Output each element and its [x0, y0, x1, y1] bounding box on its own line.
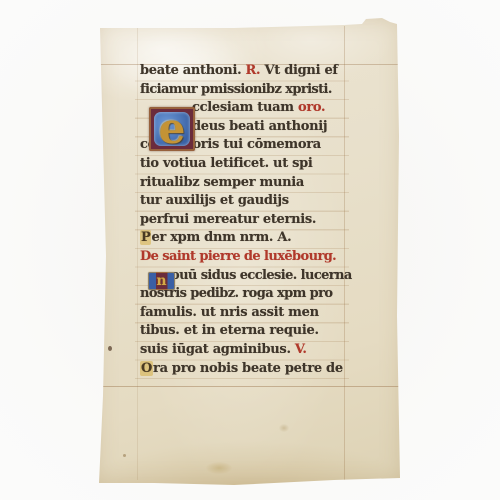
gold-touched-letter: O	[140, 361, 153, 376]
text-segment: er xpm dnm nrm. A.	[151, 230, 291, 245]
text-line: ritualibz semper munia	[140, 174, 350, 193]
rubric-abbreviation: oro.	[298, 100, 325, 115]
text-line: tur auxilijs et gaudijs	[140, 192, 350, 211]
text-segment: ficiamur pmissionibz xpristi.	[140, 82, 332, 97]
illuminated-initial-e: e	[149, 107, 195, 151]
text-segment: cclesiam tuam	[192, 100, 298, 115]
initial-letter: e	[149, 107, 195, 151]
text-line: ficiamur pmissionibz xpristi.	[140, 81, 350, 100]
photo-background: beate anthoni. R. Vt digni ef ficiamur p…	[0, 0, 500, 500]
ruling-line-bottom	[96, 386, 402, 387]
text-segment: ra pro nobis beate petre de	[153, 361, 343, 376]
text-segment: Vt digni ef	[260, 63, 337, 78]
parchment-stain	[206, 462, 232, 474]
text-segment: ritualibz semper munia	[140, 175, 304, 190]
parchment-stain	[279, 424, 289, 432]
text-line: tio votiua letificet. ut spi	[140, 155, 350, 174]
text-segment: perfrui mereatur eternis.	[140, 212, 316, 227]
text-segment: ouū sidus ecclesie. lucerna	[171, 268, 352, 283]
manuscript-leaf: beate anthoni. R. Vt digni ef ficiamur p…	[94, 16, 404, 486]
text-line: famulis. ut nris assit men	[140, 304, 350, 323]
gold-touched-letter: P	[140, 230, 151, 245]
initial-letter: n	[156, 274, 166, 288]
text-segment: tur auxilijs et gaudijs	[140, 193, 289, 208]
text-line: tibus. et in eterna requie.	[140, 322, 350, 341]
versicle-mark: V.	[295, 342, 307, 357]
text-segment: beate anthoni.	[140, 63, 246, 78]
text-segment: famulis. ut nris assit men	[140, 305, 319, 320]
text-line: Ora pro nobis beate petre de	[140, 360, 350, 379]
ink-speck	[108, 346, 112, 351]
text-line: perfrui mereatur eternis.	[140, 211, 350, 230]
rubric-segment: De saint pierre de luxēbourg.	[140, 249, 336, 264]
illuminated-initial-n: n	[148, 272, 175, 290]
text-line: Per xpm dnm nrm. A.	[140, 229, 350, 248]
text-line: beate anthoni. R. Vt digni ef	[140, 62, 350, 81]
text-segment: tibus. et in eterna requie.	[140, 323, 319, 338]
text-segment: tio votiua letificet. ut spi	[140, 156, 313, 171]
rubric-line: De saint pierre de luxēbourg.	[140, 248, 350, 267]
response-mark: R.	[246, 63, 261, 78]
text-line: suis iūgat agminibus. V.	[140, 341, 350, 360]
ruling-line-left-margin	[137, 26, 138, 480]
text-segment: deus beati anthonij	[192, 119, 327, 134]
ink-speck	[123, 454, 126, 457]
text-segment: suis iūgat agminibus.	[140, 342, 295, 357]
